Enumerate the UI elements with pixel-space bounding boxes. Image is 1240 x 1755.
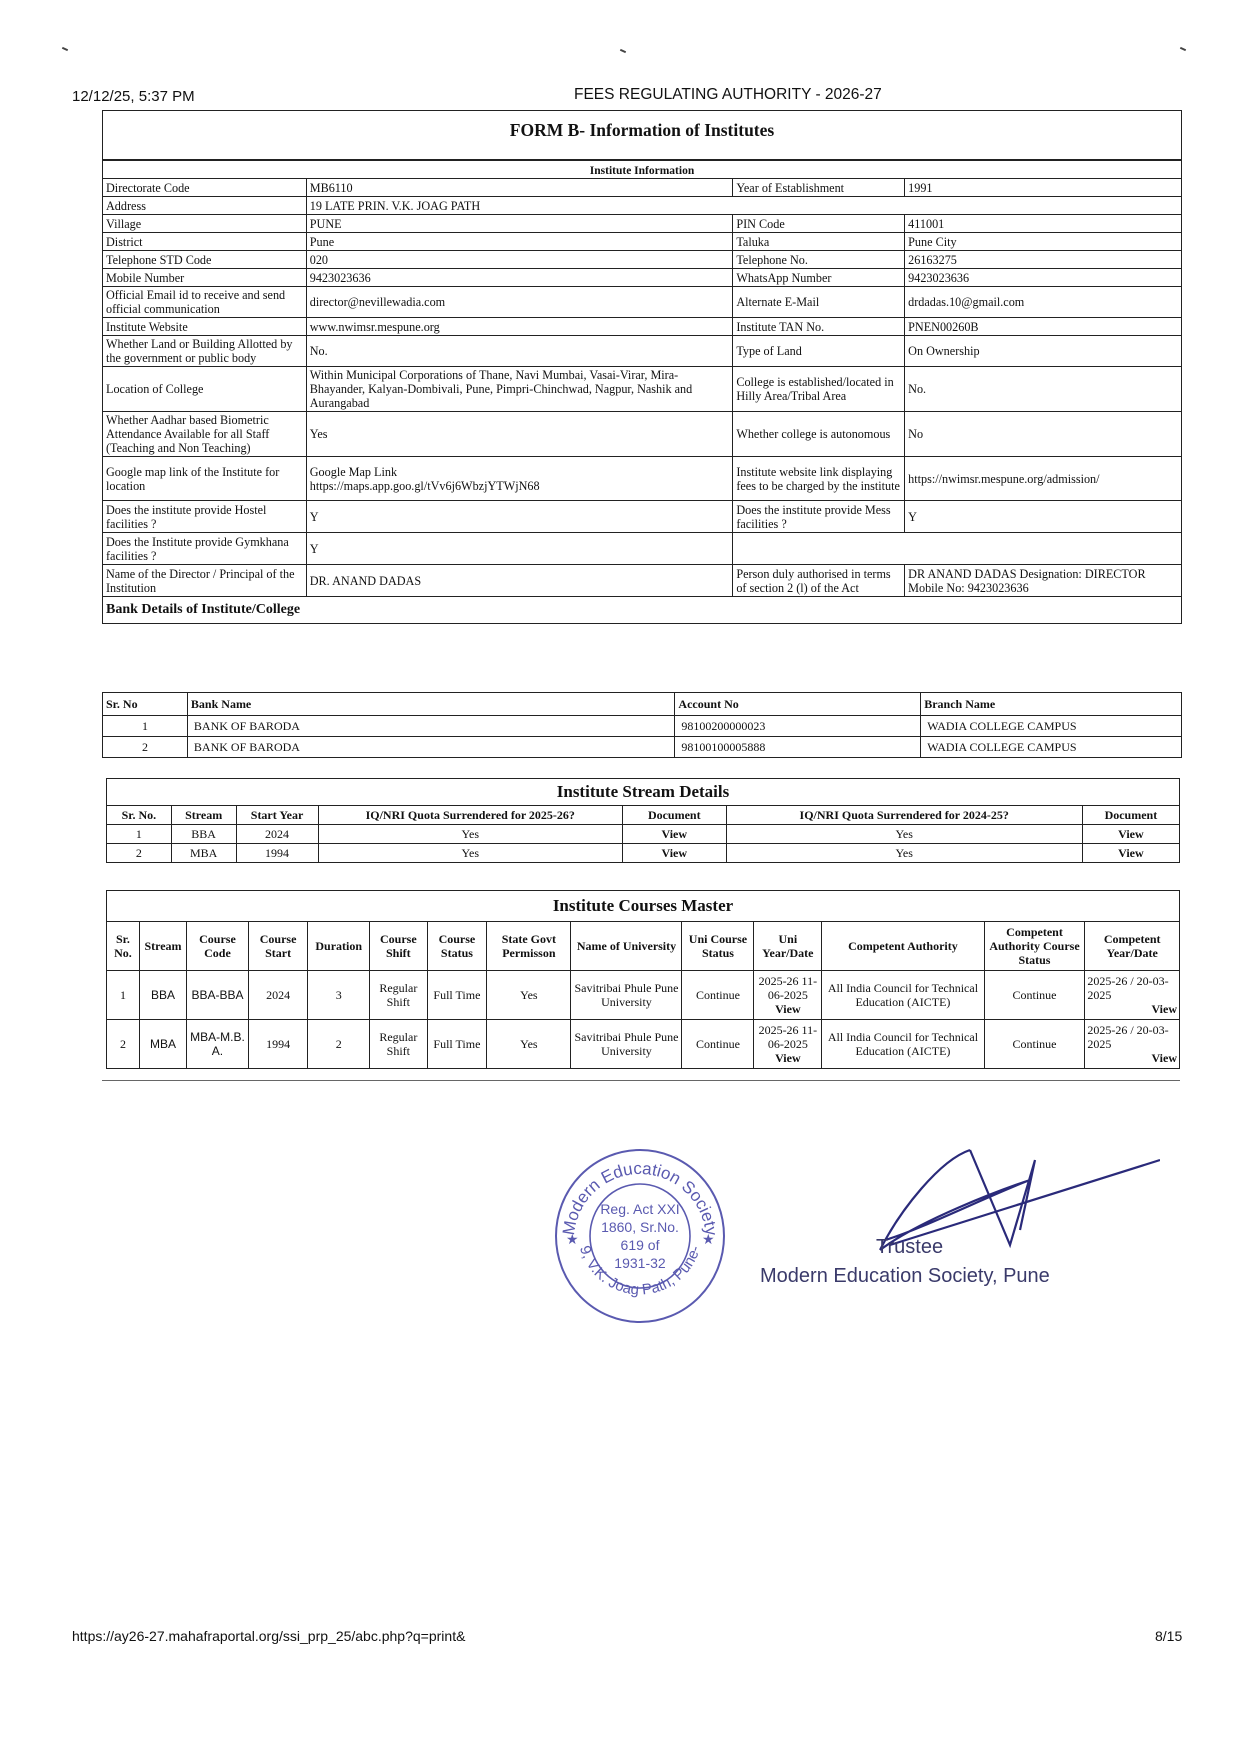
svg-text:★: ★	[702, 1233, 715, 1248]
info-value-text: DR. ANAND DADAS	[310, 574, 730, 588]
course-cell-uni-year: 2025-26 11-06-2025View	[754, 971, 822, 1020]
institute-info-table: Institute Information Directorate CodeMB…	[102, 160, 1182, 624]
info-label: College is established/located in Hilly …	[733, 367, 905, 412]
info-label: Alternate E-Mail	[733, 287, 905, 318]
info-value-text: Y	[310, 542, 730, 556]
info-label: Does the institute provide Hostel facili…	[103, 501, 307, 533]
info-value: www.nwimsr.mespune.org	[306, 318, 733, 336]
scan-mark	[620, 49, 626, 53]
view-link[interactable]: View	[1087, 1051, 1177, 1065]
course-col-header: Stream	[139, 922, 186, 971]
bank-cell: 2	[103, 737, 188, 758]
info-label: Does the Institute provide Gymkhana faci…	[103, 533, 307, 565]
info-row: Location of CollegeWithin Municipal Corp…	[103, 367, 1182, 412]
view-link[interactable]: View	[1087, 1002, 1177, 1016]
svg-text:619 of: 619 of	[621, 1237, 660, 1253]
info-value: 19 LATE PRIN. V.K. JOAG PATH	[306, 197, 1181, 215]
info-row: Does the Institute provide Gymkhana faci…	[103, 533, 1182, 565]
view-link[interactable]: View	[756, 1051, 819, 1065]
stream-cell: MBA	[171, 844, 236, 863]
stream-col-header: Start Year	[236, 806, 318, 825]
stream-cell: BBA	[171, 825, 236, 844]
course-cell-start: 1994	[248, 1020, 308, 1069]
course-col-header: Competent Year/Date	[1085, 922, 1180, 971]
course-col-header: Competent Authority Course Status	[984, 922, 1085, 971]
info-value: 1991	[905, 179, 1182, 197]
info-value-text: Within Municipal Corporations of Thane, …	[310, 368, 730, 410]
info-label: Google map link of the Institute for loc…	[103, 457, 307, 501]
stream-cell: 2	[107, 844, 172, 863]
view-document-link[interactable]: View	[622, 825, 726, 844]
section-title: Institute Information	[103, 160, 1182, 179]
info-value-text: Y	[310, 510, 730, 524]
info-value: 411001	[905, 215, 1182, 233]
course-cell-uni-status: Continue	[682, 971, 754, 1020]
course-cell-stream: MBA	[139, 1020, 186, 1069]
bank-cell: 98100100005888	[675, 737, 921, 758]
stream-cell: Yes	[318, 825, 622, 844]
empty-cell	[733, 533, 1182, 565]
course-col-header: Course Status	[427, 922, 487, 971]
info-value-text: PUNE	[310, 217, 730, 231]
info-value: Within Municipal Corporations of Thane, …	[306, 367, 733, 412]
stream-col-header: IQ/NRI Quota Surrendered for 2024-25?	[726, 806, 1082, 825]
info-label: Person duly authorised in terms of secti…	[733, 565, 905, 597]
society-seal: Modern Education Society 19, V.K. Joag P…	[552, 1148, 728, 1324]
course-cell-comp-year: 2025-26 / 20-03-2025View	[1085, 1020, 1180, 1069]
info-row: DistrictPuneTalukaPune City	[103, 233, 1182, 251]
page-number: 8/15	[1155, 1628, 1182, 1644]
courses-title: Institute Courses Master	[107, 891, 1180, 922]
info-row: Institute Websitewww.nwimsr.mespune.orgI…	[103, 318, 1182, 336]
info-label: Mobile Number	[103, 269, 307, 287]
year-date: 2025-26 / 20-03-2025	[1087, 1023, 1177, 1051]
course-col-header: State Govt Permisson	[487, 922, 571, 971]
info-label: Whether college is autonomous	[733, 412, 905, 457]
year-date: 2025-26 11-06-2025	[756, 1023, 819, 1051]
course-cell-shift: Regular Shift	[370, 971, 428, 1020]
bank-cell: WADIA COLLEGE CAMPUS	[921, 737, 1182, 758]
info-row: Official Email id to receive and send of…	[103, 287, 1182, 318]
stream-cell: 1994	[236, 844, 318, 863]
info-value: https://nwimsr.mespune.org/admission/	[905, 457, 1182, 501]
course-row: 1BBABBA-BBA20243Regular ShiftFull TimeYe…	[107, 971, 1180, 1020]
info-value-text: Pune	[310, 235, 730, 249]
info-value-text: www.nwimsr.mespune.org	[310, 320, 730, 334]
stream-cell: Yes	[726, 825, 1082, 844]
course-cell-permission: Yes	[487, 1020, 571, 1069]
course-cell-uni-year: 2025-26 11-06-2025View	[754, 1020, 822, 1069]
info-value-text: Yes	[310, 427, 730, 441]
year-date: 2025-26 11-06-2025	[756, 974, 819, 1002]
info-label: Telephone No.	[733, 251, 905, 269]
course-cell-duration: 3	[308, 971, 370, 1020]
course-col-header: Competent Authority	[822, 922, 984, 971]
course-cell-stream: BBA	[139, 971, 186, 1020]
course-cell-status: Full Time	[427, 1020, 487, 1069]
info-row: VillagePUNEPIN Code411001	[103, 215, 1182, 233]
bank-cell: WADIA COLLEGE CAMPUS	[921, 716, 1182, 737]
info-value: Google Map Linkhttps://maps.app.goo.gl/t…	[306, 457, 733, 501]
info-value: director@nevillewadia.com	[306, 287, 733, 318]
print-datetime: 12/12/25, 5:37 PM	[72, 88, 195, 105]
stream-cell: 1	[107, 825, 172, 844]
scan-mark	[62, 47, 68, 51]
info-label: Institute TAN No.	[733, 318, 905, 336]
course-cell-university: Savitribai Phule Pune University	[571, 1020, 682, 1069]
info-label: Address	[103, 197, 307, 215]
bank-col-header: Bank Name	[187, 693, 674, 716]
course-cell-uni-status: Continue	[682, 1020, 754, 1069]
info-value: On Ownership	[905, 336, 1182, 367]
info-row: Google map link of the Institute for loc…	[103, 457, 1182, 501]
course-cell-code: MBA-M.B. A.	[187, 1020, 249, 1069]
stream-col-header: Stream	[171, 806, 236, 825]
info-value: Pune	[306, 233, 733, 251]
signatory-role: Trustee	[876, 1236, 943, 1259]
info-row: Mobile Number9423023636WhatsApp Number94…	[103, 269, 1182, 287]
bank-cell: BANK OF BARODA	[187, 716, 674, 737]
course-col-header: Course Shift	[370, 922, 428, 971]
bank-details-table: Sr. NoBank NameAccount NoBranch Name 1BA…	[102, 692, 1182, 758]
info-row: Whether Aadhar based Biometric Attendanc…	[103, 412, 1182, 457]
bank-col-header: Account No	[675, 693, 921, 716]
page-title: FEES REGULATING AUTHORITY - 2026-27	[574, 86, 882, 104]
course-cell-comp-year: 2025-26 / 20-03-2025View	[1085, 971, 1180, 1020]
bank-cell: BANK OF BARODA	[187, 737, 674, 758]
info-row: Whether Land or Building Allotted by the…	[103, 336, 1182, 367]
info-row: Address19 LATE PRIN. V.K. JOAG PATH	[103, 197, 1182, 215]
info-label: Taluka	[733, 233, 905, 251]
form-title-box: FORM B- Information of Institutes	[102, 110, 1182, 161]
course-cell-status: Full Time	[427, 971, 487, 1020]
course-cell-shift: Regular Shift	[370, 1020, 428, 1069]
info-value: Yes	[306, 412, 733, 457]
course-cell-sr: 1	[107, 971, 140, 1020]
bank-row: 1BANK OF BARODA98100200000023WADIA COLLE…	[103, 716, 1182, 737]
bank-row: 2BANK OF BARODA98100100005888WADIA COLLE…	[103, 737, 1182, 758]
year-date: 2025-26 / 20-03-2025	[1087, 974, 1177, 1002]
info-label: Telephone STD Code	[103, 251, 307, 269]
info-label: Village	[103, 215, 307, 233]
info-value: Y	[306, 501, 733, 533]
course-row: 2MBAMBA-M.B. A.19942Regular ShiftFull Ti…	[107, 1020, 1180, 1069]
info-label: WhatsApp Number	[733, 269, 905, 287]
divider	[102, 1080, 1180, 1081]
course-cell-university: Savitribai Phule Pune University	[571, 971, 682, 1020]
svg-text:Reg. Act XXI: Reg. Act XXI	[600, 1201, 679, 1217]
info-value: No	[905, 412, 1182, 457]
stream-col-header: IQ/NRI Quota Surrendered for 2025-26?	[318, 806, 622, 825]
info-label: Institute Website	[103, 318, 307, 336]
info-value: 26163275	[905, 251, 1182, 269]
info-value: 9423023636	[306, 269, 733, 287]
course-cell-code: BBA-BBA	[187, 971, 249, 1020]
info-label: PIN Code	[733, 215, 905, 233]
info-value: Y	[905, 501, 1182, 533]
view-document-link[interactable]: View	[622, 844, 726, 863]
stream-details-table: Institute Stream Details Sr. No.StreamSt…	[106, 778, 1180, 863]
courses-master-table: Institute Courses Master Sr. No.StreamCo…	[106, 890, 1180, 1069]
form-title: FORM B- Information of Institutes	[103, 111, 1181, 161]
course-cell-duration: 2	[308, 1020, 370, 1069]
info-label: Directorate Code	[103, 179, 307, 197]
view-document-link[interactable]: View	[1082, 825, 1179, 844]
info-value-text: 020	[310, 253, 730, 267]
course-col-header: Uni Course Status	[682, 922, 754, 971]
bank-cell: 98100200000023	[675, 716, 921, 737]
course-cell-sr: 2	[107, 1020, 140, 1069]
course-cell-permission: Yes	[487, 971, 571, 1020]
info-label: Year of Establishment	[733, 179, 905, 197]
info-label: Does the institute provide Mess faciliti…	[733, 501, 905, 533]
course-cell-auth-status: Continue	[984, 971, 1085, 1020]
stream-cell: Yes	[318, 844, 622, 863]
signatory-organization: Modern Education Society, Pune	[760, 1265, 1050, 1288]
stream-cell: Yes	[726, 844, 1082, 863]
info-value: 020	[306, 251, 733, 269]
svg-text:1931-32: 1931-32	[614, 1255, 666, 1271]
info-row: Telephone STD Code020Telephone No.261632…	[103, 251, 1182, 269]
info-value: Pune City	[905, 233, 1182, 251]
course-col-header: Course Code	[187, 922, 249, 971]
course-cell-auth-status: Continue	[984, 1020, 1085, 1069]
stream-col-header: Document	[622, 806, 726, 825]
info-label: Official Email id to receive and send of…	[103, 287, 307, 318]
info-label: Whether Land or Building Allotted by the…	[103, 336, 307, 367]
bank-col-header: Branch Name	[921, 693, 1182, 716]
info-row: Name of the Director / Principal of the …	[103, 565, 1182, 597]
svg-text:1860, Sr.No.: 1860, Sr.No.	[601, 1219, 679, 1235]
view-document-link[interactable]: View	[1082, 844, 1179, 863]
course-col-header: Uni Year/Date	[754, 922, 822, 971]
course-cell-start: 2024	[248, 971, 308, 1020]
info-value: DR ANAND DADAS Designation: DIRECTOR Mob…	[905, 565, 1182, 597]
info-value: No.	[905, 367, 1182, 412]
bank-section-title: Bank Details of Institute/College	[103, 597, 1182, 624]
scan-mark	[1180, 47, 1186, 51]
info-value: PNEN00260B	[905, 318, 1182, 336]
info-value: 9423023636	[905, 269, 1182, 287]
stream-row: 1BBA2024YesViewYesView	[107, 825, 1180, 844]
info-value-text: MB6110	[310, 181, 730, 195]
info-row: Does the institute provide Hostel facili…	[103, 501, 1182, 533]
info-value-text: Google Map Link	[310, 465, 730, 479]
stream-cell: 2024	[236, 825, 318, 844]
info-value: drdadas.10@gmail.com	[905, 287, 1182, 318]
info-value-text: 9423023636	[310, 271, 730, 285]
info-value: DR. ANAND DADAS	[306, 565, 733, 597]
course-col-header: Name of University	[571, 922, 682, 971]
map-link[interactable]: https://maps.app.goo.gl/tVv6j6WbzjYTWjN6…	[310, 479, 730, 493]
svg-text:★: ★	[566, 1233, 579, 1248]
info-label: Location of College	[103, 367, 307, 412]
info-label: Name of the Director / Principal of the …	[103, 565, 307, 597]
info-value-text: director@nevillewadia.com	[310, 295, 730, 309]
info-label: Type of Land	[733, 336, 905, 367]
view-link[interactable]: View	[756, 1002, 819, 1016]
info-value: MB6110	[306, 179, 733, 197]
stream-col-header: Document	[1082, 806, 1179, 825]
course-cell-authority: All India Council for Technical Educatio…	[822, 1020, 984, 1069]
course-col-header: Sr. No.	[107, 922, 140, 971]
info-label: Institute website link displaying fees t…	[733, 457, 905, 501]
info-value-text: No.	[310, 344, 730, 358]
info-value: PUNE	[306, 215, 733, 233]
info-label: District	[103, 233, 307, 251]
info-value: Y	[306, 533, 733, 565]
info-value: No.	[306, 336, 733, 367]
info-label: Whether Aadhar based Biometric Attendanc…	[103, 412, 307, 457]
info-row: Directorate CodeMB6110Year of Establishm…	[103, 179, 1182, 197]
bank-col-header: Sr. No	[103, 693, 188, 716]
course-cell-authority: All India Council for Technical Educatio…	[822, 971, 984, 1020]
bank-cell: 1	[103, 716, 188, 737]
stream-title: Institute Stream Details	[107, 779, 1180, 806]
course-col-header: Course Start	[248, 922, 308, 971]
course-col-header: Duration	[308, 922, 370, 971]
footer-url: https://ay26-27.mahafraportal.org/ssi_pr…	[72, 1628, 465, 1644]
stream-col-header: Sr. No.	[107, 806, 172, 825]
stream-row: 2MBA1994YesViewYesView	[107, 844, 1180, 863]
